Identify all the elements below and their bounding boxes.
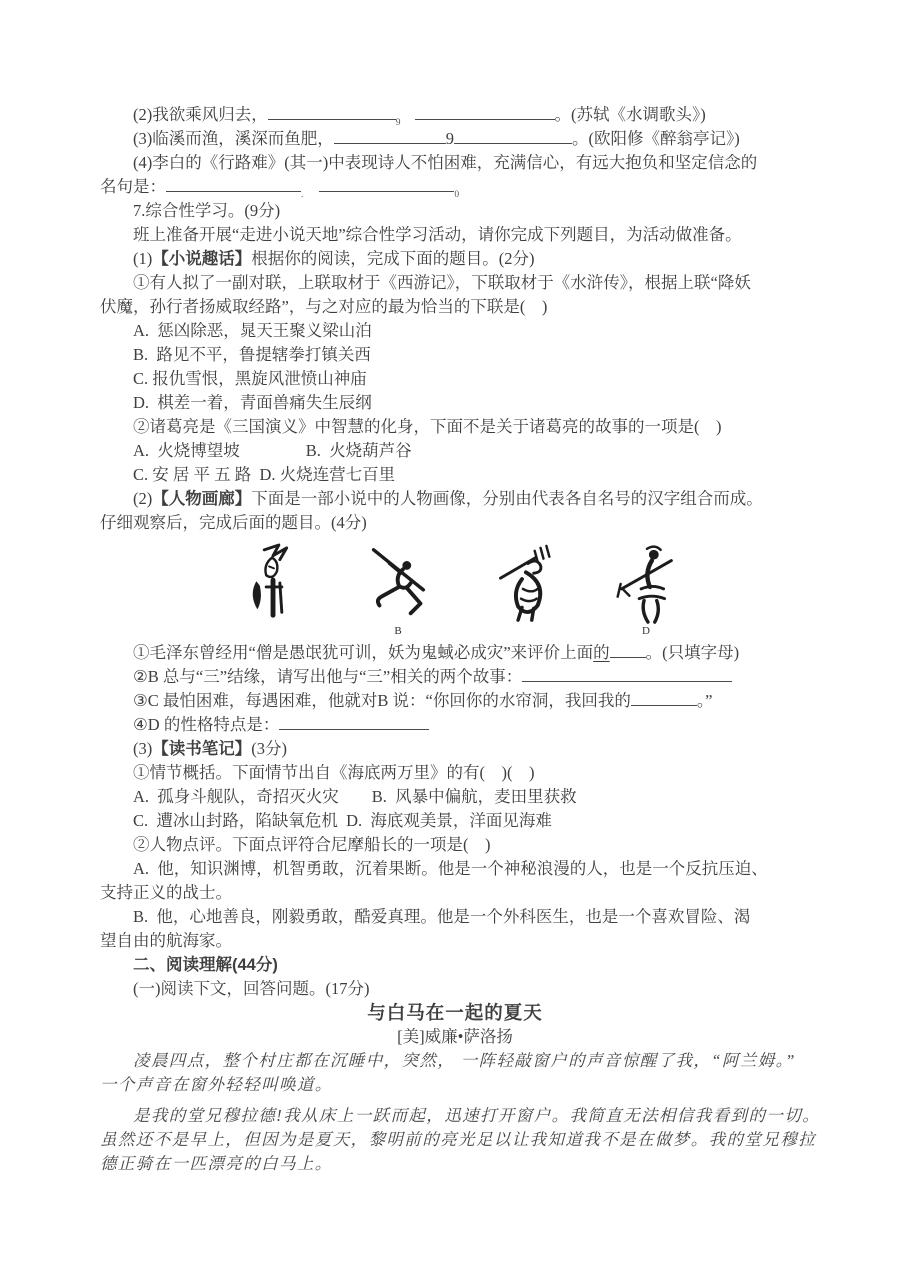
text-segment: 。(欧阳修《醉翁亭记》): [572, 129, 740, 148]
exam-page: (2)我欲乘风归去，9。(苏轼《水调歌头》)(3)临溪而渔，溪深而鱼肥，9。(欧…: [0, 0, 904, 1280]
answer-blank: [334, 129, 446, 144]
text-segment: D. 棋差一着，青面兽痛失生辰纲: [133, 393, 372, 412]
text-segment: (2)我欲乘风归去，: [133, 105, 268, 124]
text-segment: (2): [133, 489, 152, 508]
character-review-question: ②人物点评。下面点评符合尼摩船长的一项是( ): [100, 833, 810, 857]
question-7-intro: 班上准备开展“走进小说天地”综合性学习活动，请你完成下列题目，为活动做准备。: [100, 223, 810, 247]
answer-blank: [319, 177, 454, 192]
text-segment: 与白马在一起的夏天: [367, 1002, 543, 1023]
portrait-label-d: D: [642, 625, 650, 638]
part-1-heading: (1)【小说趣话】根据你的阅读，完成下面的题目。(2分): [100, 247, 810, 271]
couplet-question-line2: 伏魔，孙行者扬威取经路”，与之对应的最为恰当的下联是( ): [100, 295, 810, 319]
reading-1-heading: (一)阅读下文，回答问题。(17分): [100, 977, 810, 1001]
calligraphy-monk-figure-icon: [239, 543, 309, 625]
fill-in-question-3: (3)临溪而渔，溪深而鱼肥，9。(欧阳修《醉翁亭记》): [100, 127, 810, 151]
text-segment: C. 安 居 平 五 路 D. 火烧连营七百里: [133, 465, 395, 484]
text-segment: A. 他，知识渊博，机智勇敢，沉着果断。他是一个神秘浪漫的人，也是一个反抗压迫、: [133, 859, 768, 878]
text-segment: 下面是一部小说中的人物画像，分别由代表各自名号的汉字组合而成。: [251, 489, 763, 508]
text-segment: 仔细观察后，完成后面的题目。(4分): [100, 513, 367, 532]
answer-blank: [522, 667, 732, 682]
text-segment: ①毛泽东曾经用“僧是愚氓犹可训，妖为鬼蜮必成灾”来评价上面: [133, 643, 593, 662]
text-segment: 。(苏轼《水调歌头》): [555, 105, 706, 124]
review-option-b-line2: 望自由的航海家。: [100, 929, 810, 953]
answer-blank: [415, 105, 555, 120]
fill-in-question-4-blanks: 名句是：.0: [100, 175, 810, 199]
portrait-q4: ④D 的性格特点是：: [100, 713, 810, 737]
text-segment: 虽然还不是早上，但因为是夏天，黎明前的亮光足以让我知道我不是在做梦。我的堂兄穆拉: [100, 1130, 816, 1149]
story-para1-line2: 一个声音在窗外轻轻叫唤道。: [100, 1073, 810, 1097]
answer-blank: [454, 129, 572, 144]
calligraphy-friar-figure-icon: [611, 543, 681, 625]
zhuge-options-ab: A. 火烧博望坡 B. 火烧葫芦谷: [100, 439, 810, 463]
text-segment: 【读书笔记】: [152, 739, 251, 758]
spacer: [401, 119, 415, 120]
text-segment: B. 他，心地善良，刚毅勇敢，酷爱真理。他是一个外科医生，也是一个喜欢冒险、渴: [133, 907, 750, 926]
text-segment: 德正骑在一匹漂亮的白马上。: [100, 1154, 333, 1173]
text-segment: 班上准备开展“走进小说天地”综合性学习活动，请你完成下列题目，为活动做准备。: [133, 225, 742, 244]
text-segment: 是我的堂兄穆拉德!我从床上一跃而起，迅速打开窗户。我简直无法相信我看到的一切。: [133, 1106, 820, 1125]
calligraphy-monkey-king-figure-icon: [363, 543, 433, 625]
text-segment: 。(只填字母): [646, 643, 740, 662]
character-portrait-b: B: [354, 543, 442, 638]
portrait-label-b: B: [394, 625, 401, 638]
text-segment: A. 火烧博望坡 B. 火烧葫芦谷: [133, 441, 412, 460]
text-segment: 凌晨四点，整个村庄都在沉睡中，突然， 一阵轻敲窗户的声音惊醒了我，“阿兰姆。”: [133, 1051, 796, 1070]
text-segment: (4)李白的《行路难》(其一)中表现诗人不怕困难，充满信心，有远大抱负和坚定信念…: [133, 153, 757, 172]
text-segment: 名句是：: [100, 177, 166, 196]
review-option-a-line1: A. 他，知识渊博，机智勇敢，沉着果断。他是一个神秘浪漫的人，也是一个反抗压迫、: [100, 857, 810, 881]
text-segment: 一个声音在窗外轻轻叫唤道。: [100, 1075, 333, 1094]
question-7-heading: 7.综合性学习。(9分): [100, 199, 810, 223]
text-segment: ①有人拟了一副对联，上联取材于《西游记》，下联取材于《水浒传》，根据上联“降妖: [133, 273, 751, 292]
reading-title: 与白马在一起的夏天: [100, 1001, 810, 1025]
text-segment: C. 遭冰山封路，陷缺氧危机 D. 海底观美景，洋面见海难: [133, 811, 552, 830]
review-option-b-line1: B. 他，心地善良，刚毅勇敢，酷爱真理。他是一个外科医生，也是一个喜欢冒险、渴: [100, 905, 810, 929]
scan-mark: 0: [454, 190, 459, 200]
story-para2-line2: 虽然还不是早上，但因为是夏天，黎明前的亮光足以让我知道我不是在做梦。我的堂兄穆拉: [100, 1128, 810, 1152]
text-segment: B. 路见不平，鲁提辖拳打镇关西: [133, 345, 371, 364]
character-portrait-d: D: [602, 543, 690, 638]
story-para1-line1: 凌晨四点，整个村庄都在沉睡中，突然， 一阵轻敲窗户的声音惊醒了我，“阿兰姆。”: [100, 1049, 810, 1073]
couplet-question-line1: ①有人拟了一副对联，上联取材于《西游记》，下联取材于《水浒传》，根据上联“降妖: [100, 271, 810, 295]
answer-blank: [610, 643, 646, 658]
text-segment: 根据你的阅读，完成下面的题目。(2分): [251, 249, 534, 268]
text-segment: 望自由的航海家。: [100, 931, 232, 950]
text-segment: A. 惩凶除恶，晁天王聚义梁山泊: [133, 321, 372, 340]
character-portraits-row: B D: [110, 538, 810, 638]
document-body: (2)我欲乘风归去，9。(苏轼《水调歌头》)(3)临溪而渔，溪深而鱼肥，9。(欧…: [100, 103, 810, 1176]
review-option-a-line2: 支持正义的战士。: [100, 881, 810, 905]
text-segment: 【人物画廊】: [152, 489, 251, 508]
text-segment: 支持正义的战士。: [100, 883, 232, 902]
text-segment: ③C 最怕困难，每遇困难，他就对B 说：“你回你的水帘洞，我回我的: [133, 691, 631, 710]
text-segment: 9: [446, 129, 454, 148]
portrait-q2: ②B 总与“三”结缘，请写出他与“三”相关的两个故事：: [100, 665, 810, 689]
plot-question: ①情节概括。下面情节出自《海底两万里》的有( )( ): [100, 761, 810, 785]
answer-blank: [268, 105, 396, 120]
zhuge-options-cd: C. 安 居 平 五 路 D. 火烧连营七百里: [100, 463, 810, 487]
couplet-option-d: D. 棋差一着，青面兽痛失生辰纲: [100, 391, 810, 415]
text-segment: 的: [593, 643, 610, 662]
text-segment: (3)临溪而渔，溪深而鱼肥，: [133, 129, 334, 148]
portrait-q3: ③C 最怕困难，每遇困难，他就对B 说：“你回你的水帘洞，我回我的。”: [100, 689, 810, 713]
text-segment: ①情节概括。下面情节出自《海底两万里》的有( )( ): [133, 763, 534, 782]
text-segment: C. 报仇雪恨，黑旋风泄愤山神庙: [133, 369, 367, 388]
story-para2-line3: 德正骑在一匹漂亮的白马上。: [100, 1152, 810, 1176]
character-portrait-c: [478, 543, 566, 638]
text-segment: ②人物点评。下面点评符合尼摩船长的一项是( ): [133, 835, 491, 854]
plot-options-ab: A. 孤身斗舰队，奇招灭火灾 B. 风暴中偏航，麦田里获救: [100, 785, 810, 809]
text-segment: ④D 的性格特点是：: [133, 715, 279, 734]
couplet-option-a: A. 惩凶除恶，晁天王聚义梁山泊: [100, 319, 810, 343]
answer-blank: [279, 715, 429, 730]
text-segment: [美]威廉•萨洛扬: [397, 1027, 513, 1046]
section-2-heading: 二、阅读理解(44分): [100, 953, 810, 977]
fill-in-question-4: (4)李白的《行路难》(其一)中表现诗人不怕困难，充满信心，有远大抱负和坚定信念…: [100, 151, 810, 175]
fill-in-question-2: (2)我欲乘风归去，9。(苏轼《水调歌头》): [100, 103, 810, 127]
character-portrait-a: [230, 543, 318, 638]
calligraphy-pig-figure-icon: [487, 543, 557, 625]
couplet-option-c: C. 报仇雪恨，黑旋风泄愤山神庙: [100, 367, 810, 391]
text-segment: 7.综合性学习。(9分): [133, 201, 280, 220]
text-segment: (一)阅读下文，回答问题。(17分): [133, 979, 369, 998]
story-para2-line1: 是我的堂兄穆拉德!我从床上一跃而起，迅速打开窗户。我简直无法相信我看到的一切。: [100, 1104, 810, 1128]
plot-options-cd: C. 遭冰山封路，陷缺氧危机 D. 海底观美景，洋面见海难: [100, 809, 810, 833]
couplet-option-b: B. 路见不平，鲁提辖拳打镇关西: [100, 343, 810, 367]
text-segment: 【小说趣话】: [152, 249, 251, 268]
text-segment: 二、阅读理解(44分): [133, 956, 278, 974]
part-3-heading: (3)【读书笔记】(3分): [100, 737, 810, 761]
text-segment: 伏魔，孙行者扬威取经路”，与之对应的最为恰当的下联是( ): [100, 297, 547, 316]
zhuge-question: ②诸葛亮是《三国演义》中智慧的化身，下面不是关于诸葛亮的故事的一项是( ): [100, 415, 810, 439]
spacer: [303, 191, 319, 192]
portrait-q1: ①毛泽东曾经用“僧是愚氓犹可训，妖为鬼蜮必成灾”来评价上面的。(只填字母): [100, 641, 810, 665]
answer-blank: [166, 177, 301, 192]
part-2-heading-line2: 仔细观察后，完成后面的题目。(4分): [100, 511, 810, 535]
answer-blank: [631, 691, 697, 706]
text-segment: 。”: [697, 691, 713, 710]
reading-author: [美]威廉•萨洛扬: [100, 1025, 810, 1049]
part-2-heading: (2)【人物画廊】下面是一部小说中的人物画像，分别由代表各自名号的汉字组合而成。: [100, 487, 810, 511]
text-segment: ②诸葛亮是《三国演义》中智慧的化身，下面不是关于诸葛亮的故事的一项是( ): [133, 417, 722, 436]
text-segment: (1): [133, 249, 152, 268]
text-segment: (3): [133, 739, 152, 758]
text-segment: ②B 总与“三”结缘，请写出他与“三”相关的两个故事：: [133, 667, 522, 686]
text-segment: A. 孤身斗舰队，奇招灭火灾 B. 风暴中偏航，麦田里获救: [133, 787, 577, 806]
text-segment: (3分): [251, 739, 287, 758]
